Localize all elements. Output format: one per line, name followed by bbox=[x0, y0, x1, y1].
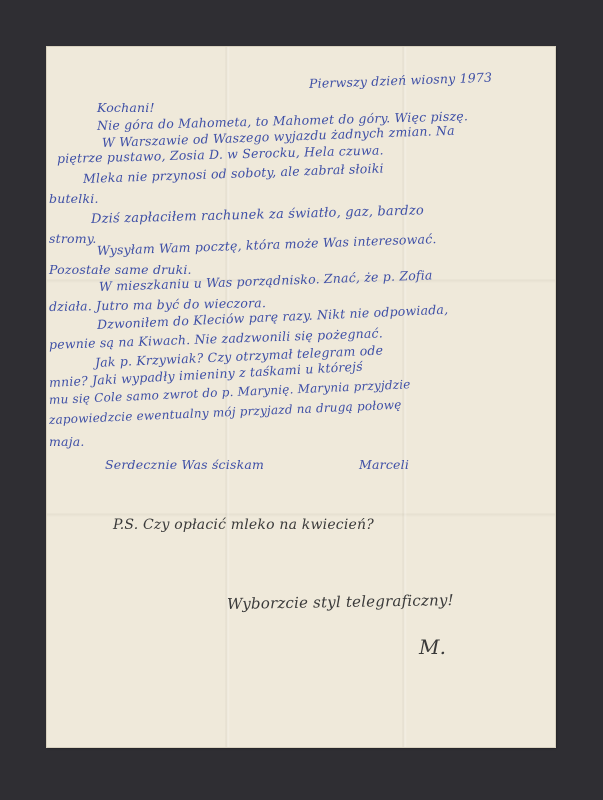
body-line: Pozostałe same druki. bbox=[49, 262, 192, 277]
postscript: P.S. Czy opłacić mleko na kwiecień? bbox=[113, 517, 374, 533]
body-line: stromy. bbox=[49, 231, 97, 246]
letter-paper: Pierwszy dzień wiosny 1973 Kochani! Nie … bbox=[47, 47, 555, 747]
pencil-initial: M. bbox=[419, 635, 446, 659]
salutation: Kochani! bbox=[97, 100, 155, 115]
signature: Marceli bbox=[359, 457, 409, 472]
body-line: Mleka nie przynosi od soboty, ale zabrał… bbox=[83, 161, 384, 186]
dateline: Pierwszy dzień wiosny 1973 bbox=[309, 70, 493, 91]
pencil-note: Wyborzcie styl telegraficzny! bbox=[227, 591, 454, 613]
body-line: Wysyłam Wam pocztę, która może Was inter… bbox=[97, 231, 437, 258]
body-line: Dziś zapłaciłem rachunek za światło, gaz… bbox=[91, 203, 424, 227]
closing: Serdecznie Was ściskam bbox=[105, 457, 264, 472]
body-line: butelki. bbox=[49, 191, 99, 206]
body-line: maja. bbox=[49, 434, 85, 449]
